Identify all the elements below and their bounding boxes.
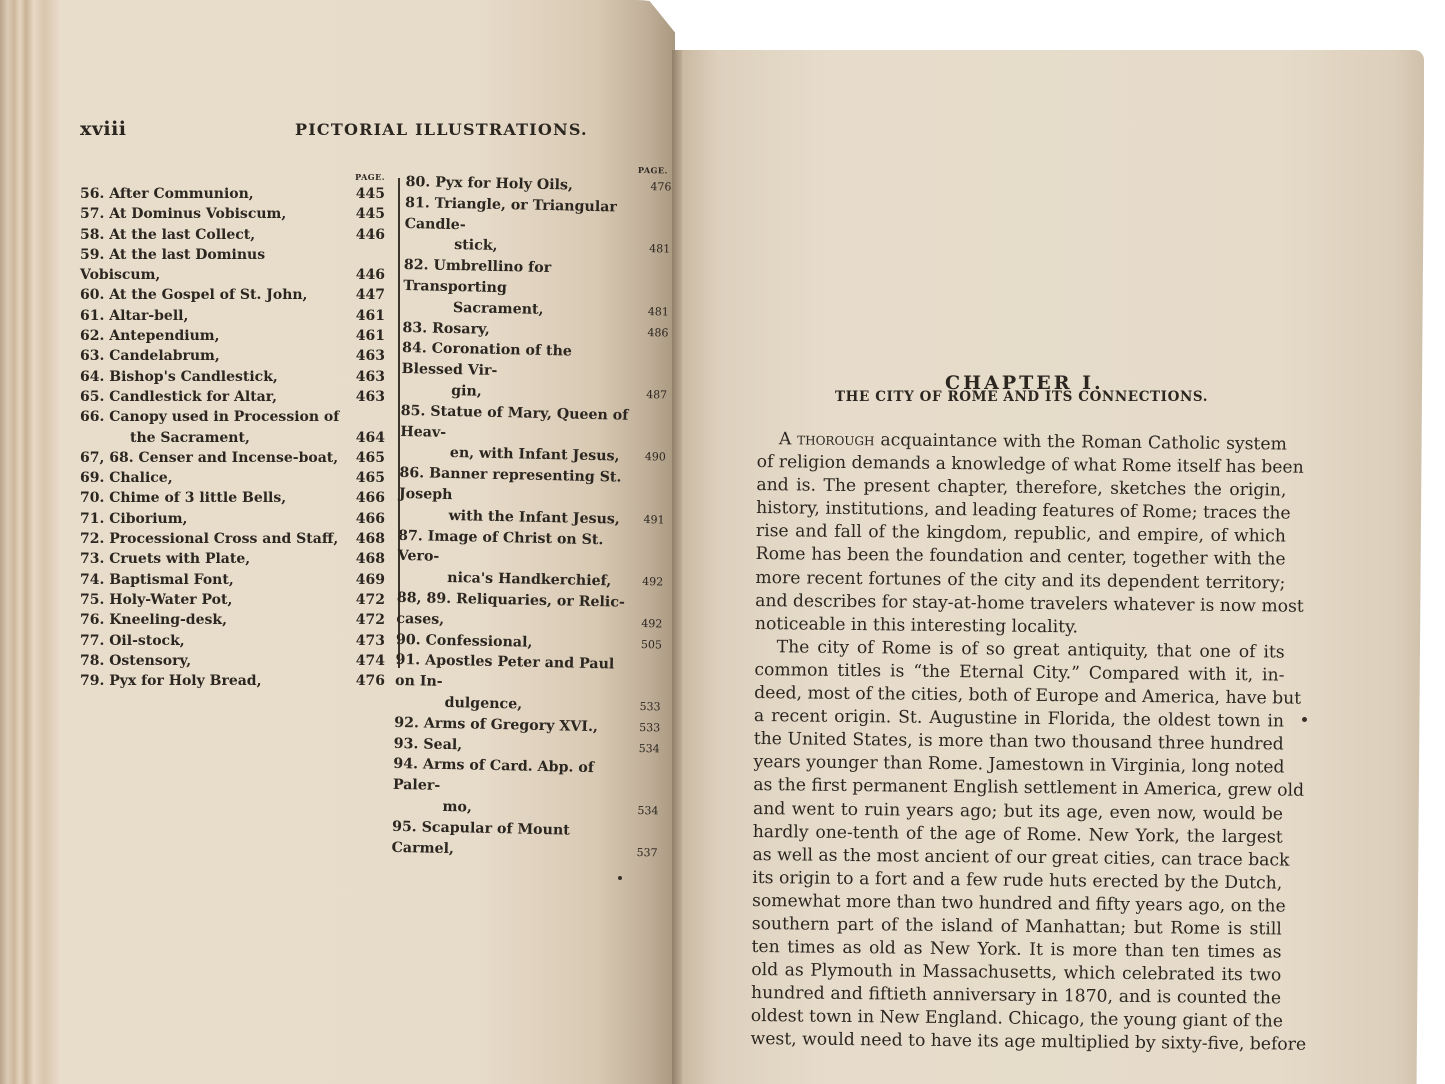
list-item: 74. Baptismal Font,469 <box>80 570 385 590</box>
list-item: 66. Canopy used in Procession of <box>80 407 385 427</box>
line-text: history, institutions, and leading featu… <box>756 498 1291 524</box>
page-number: 468 <box>345 529 385 549</box>
ink-speck <box>618 876 622 880</box>
page-number: 537 <box>623 842 657 864</box>
page-number: 466 <box>345 488 385 508</box>
illustration-title: 78. Ostensory, <box>80 651 345 671</box>
list-item: 60. At the Gospel of St. John,447 <box>80 285 385 305</box>
illustration-title: 95. Scapular of Mount Carmel, <box>391 817 624 863</box>
illustration-title: 69. Chalice, <box>80 468 345 488</box>
line-text: deed, most of the cities, both of Europe… <box>754 683 1301 709</box>
illustration-title: 57. At Dominus Vobiscum, <box>80 204 345 224</box>
page-number: 465 <box>345 448 385 468</box>
folio-number: xviii <box>80 118 127 140</box>
list-item: 62. Antependium,461 <box>80 326 385 346</box>
line-text: oldest town in New England. Chicago, the… <box>751 1006 1283 1032</box>
illustration-title: 71. Ciborium, <box>80 509 345 529</box>
illustration-title: 86. Banner representing St. Joseph <box>399 463 632 509</box>
list-item: 71. Ciborium,466 <box>80 509 385 529</box>
illustrations-list-column-1: PAGE. 56. After Communion,44557. At Domi… <box>80 172 385 691</box>
line-text: and is. The present chapter, therefore, … <box>756 475 1286 501</box>
list-item: 56. After Communion,445 <box>80 184 385 204</box>
list-entries: 56. After Communion,44557. At Dominus Vo… <box>80 184 385 691</box>
line-text: as the first permanent English settlemen… <box>753 775 1304 801</box>
list-item: 72. Processional Cross and Staff,468 <box>80 529 385 549</box>
list-item: 85. Statue of Mary, Queen of Heav- <box>400 401 667 448</box>
list-item: 63. Candelabrum,463 <box>80 346 385 366</box>
page-number: 492 <box>629 572 663 594</box>
illustration-title: 74. Baptismal Font, <box>80 570 345 590</box>
ink-speck <box>1302 717 1307 722</box>
page-number: 472 <box>345 590 385 610</box>
page-number: 486 <box>634 322 668 344</box>
list-item: 79. Pyx for Holy Bread,476 <box>80 671 385 691</box>
illustration-title: 75. Holy-Water Pot, <box>80 590 345 610</box>
page-number: 476 <box>345 671 385 691</box>
page-number: 447 <box>345 285 385 305</box>
illustration-title: 58. At the last Collect, <box>80 225 345 245</box>
list-item: 91. Apostles Peter and Paul on In- <box>395 650 662 697</box>
line-text: common titles is “the Eternal City.” Com… <box>754 660 1284 686</box>
line-text: hardly one-tenth of the age of Rome. New… <box>753 822 1283 848</box>
line-text: ten times as old as New York. It is more… <box>751 937 1281 963</box>
line-text: its origin to a fort and a few rude huts… <box>752 868 1282 894</box>
open-book-photo: xviii PICTORIAL ILLUSTRATIONS. PAGE. 56.… <box>0 0 1445 1084</box>
line-text: noticeable in this interesting locality. <box>755 614 1078 637</box>
list-item: 77. Oil-stock,473 <box>80 631 385 651</box>
illustration-title: 59. At the last Dominus Vobiscum, <box>80 245 345 286</box>
illustration-title: 81. Triangle, or Triangular Candle- <box>404 193 637 239</box>
page-number: 474 <box>345 651 385 671</box>
list-item: 65. Candlestick for Altar,463 <box>80 387 385 407</box>
page-number: 481 <box>635 302 669 324</box>
page-number: 466 <box>345 509 385 529</box>
list-item: the Sacrament,464 <box>80 428 385 448</box>
page-number: 534 <box>626 738 660 760</box>
page-number: 461 <box>345 326 385 346</box>
page-number: 534 <box>624 801 658 823</box>
line-text: the United States, is more than two thou… <box>754 729 1284 755</box>
list-item: 82. Umbrellino for Transporting <box>403 255 670 302</box>
illustration-title: 91. Apostles Peter and Paul on In- <box>395 650 628 696</box>
illustration-title: 64. Bishop's Candlestick, <box>80 367 345 387</box>
line-text: a recent origin. St. Augustine in Florid… <box>754 706 1284 732</box>
illustration-title: 84. Coronation of the Blessed Vir- <box>401 338 634 384</box>
running-head: xviii PICTORIAL ILLUSTRATIONS. <box>80 118 660 148</box>
line-text: southern part of the island of Manhattan… <box>752 914 1282 940</box>
list-item: 81. Triangle, or Triangular Candle- <box>404 193 671 240</box>
line-text: of religion demands a knowledge of what … <box>757 452 1304 478</box>
line-text: hundred and fiftieth anniversary in 1870… <box>751 983 1281 1009</box>
page-number: 461 <box>345 306 385 326</box>
page-number: 476 <box>637 177 671 199</box>
page-number: 492 <box>628 613 662 635</box>
list-entries: 80. Pyx for Holy Oils,47681. Triangle, o… <box>391 172 671 864</box>
illustration-title: 72. Processional Cross and Staff, <box>80 529 345 549</box>
illustration-title: 77. Oil-stock, <box>80 631 345 651</box>
page-number: 490 <box>632 447 666 469</box>
line-text: The city of Rome is of so great antiquit… <box>777 637 1285 662</box>
list-item: 94. Arms of Card. Abp. of Paler- <box>393 754 660 801</box>
illustration-title: 66. Canopy used in Procession of <box>80 407 345 427</box>
chapter-body-text: A thorough acquaintance with the Roman C… <box>750 428 1287 1057</box>
list-item: 69. Chalice,465 <box>80 468 385 488</box>
list-item: 58. At the last Collect,446 <box>80 225 385 245</box>
page-number: 445 <box>345 184 385 204</box>
chapter-subtitle: THE CITY OF ROME AND ITS CONNECTIONS. <box>835 389 1208 405</box>
illustration-title: 70. Chime of 3 little Bells, <box>80 488 345 508</box>
illustration-title: 62. Antependium, <box>80 326 345 346</box>
list-item: 88, 89. Reliquaries, or Relic-cases,492 <box>396 588 663 635</box>
page-number: 533 <box>626 717 660 739</box>
list-item: 59. At the last Dominus Vobiscum,446 <box>80 245 385 286</box>
page-number: 481 <box>636 239 670 261</box>
illustration-title: 63. Candelabrum, <box>80 346 345 366</box>
line-text: years younger than Rome. Jamestown in Vi… <box>753 752 1284 778</box>
illustrations-list-column-2: PAGE. 80. Pyx for Holy Oils,47681. Trian… <box>391 160 672 864</box>
illustration-title: 82. Umbrellino for Transporting <box>403 255 636 301</box>
line-text: rise and fall of the kingdom, republic, … <box>756 521 1286 547</box>
line-text: acquaintance with the Roman Catholic sys… <box>874 430 1287 454</box>
running-head-title: PICTORIAL ILLUSTRATIONS. <box>295 120 588 139</box>
illustration-title: 94. Arms of Card. Abp. of Paler- <box>393 754 626 800</box>
page-number: 533 <box>626 697 660 719</box>
illustration-title: the Sacrament, <box>130 428 345 448</box>
list-item: 73. Cruets with Plate,468 <box>80 549 385 569</box>
line-text: and describes for stay-at-home travelers… <box>755 591 1304 617</box>
illustration-title: 56. After Communion, <box>80 184 345 204</box>
illustration-title: 76. Kneeling-desk, <box>80 610 345 630</box>
list-item: 57. At Dominus Vobiscum,445 <box>80 204 385 224</box>
list-item: 75. Holy-Water Pot,472 <box>80 590 385 610</box>
page-number: 505 <box>628 634 662 656</box>
illustration-title: 79. Pyx for Holy Bread, <box>80 671 345 691</box>
line-text: west, would need to have its age multipl… <box>750 1029 1306 1055</box>
list-item: 67, 68. Censer and Incense-boat,465 <box>80 448 385 468</box>
list-item: 61. Altar-bell,461 <box>80 306 385 326</box>
list-item: 84. Coronation of the Blessed Vir- <box>401 338 668 385</box>
page-number: 468 <box>345 549 385 569</box>
line-text: somewhat more than two hundred and fifty… <box>752 891 1286 917</box>
page-number: 487 <box>633 385 667 407</box>
illustration-title: 67, 68. Censer and Incense-boat, <box>80 448 345 468</box>
page-column-label: PAGE. <box>80 172 385 182</box>
list-item: 86. Banner representing St. Joseph <box>399 463 666 510</box>
list-item: 78. Ostensory,474 <box>80 651 385 671</box>
page-number: 473 <box>345 631 385 651</box>
line-text: as well as the most ancient of our great… <box>752 845 1289 871</box>
page-number: 446 <box>345 225 385 245</box>
page-number: 465 <box>345 468 385 488</box>
list-item: 70. Chime of 3 little Bells,466 <box>80 488 385 508</box>
page-number: 446 <box>345 265 385 285</box>
line-text: Rome has been the foundation and center,… <box>756 544 1286 570</box>
page-number: 445 <box>345 204 385 224</box>
page-number: 463 <box>345 346 385 366</box>
page-number: 464 <box>345 428 385 448</box>
page-edges <box>0 0 60 1084</box>
line-text: more recent fortunes of the city and its… <box>755 568 1285 594</box>
illustration-title: 65. Candlestick for Altar, <box>80 387 345 407</box>
illustration-title: 88, 89. Reliquaries, or Relic-cases, <box>396 588 629 634</box>
page-number: 469 <box>345 570 385 590</box>
page-number: 491 <box>630 510 664 532</box>
line-text: and went to ruin years ago; but its age,… <box>753 798 1283 824</box>
list-item: 95. Scapular of Mount Carmel,537 <box>391 817 658 864</box>
list-item: 64. Bishop's Candlestick,463 <box>80 367 385 387</box>
illustration-title: 61. Altar-bell, <box>80 306 345 326</box>
page-number: 463 <box>345 367 385 387</box>
list-item: 87. Image of Christ on St. Vero- <box>397 525 664 572</box>
illustration-title: 87. Image of Christ on St. Vero- <box>397 525 630 571</box>
illustration-title: 60. At the Gospel of St. John, <box>80 285 345 305</box>
illustration-title: 85. Statue of Mary, Queen of Heav- <box>400 401 633 447</box>
drop-lead-smallcaps: A thorough <box>779 429 875 450</box>
list-item: 76. Kneeling-desk,472 <box>80 610 385 630</box>
illustration-title: 73. Cruets with Plate, <box>80 549 345 569</box>
page-number: 463 <box>345 387 385 407</box>
line-text: old as Plymouth in Massachusetts, which … <box>751 960 1281 986</box>
page-number: 472 <box>345 610 385 630</box>
